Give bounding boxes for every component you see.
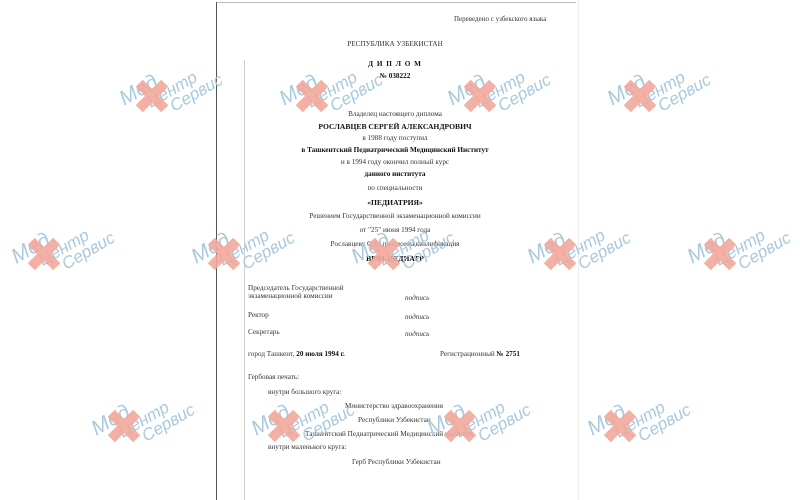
institute-ref: данного института	[250, 170, 540, 178]
issue-date: 20 июля 1994 г.	[296, 350, 345, 358]
seal-outer-label: внутри большого круга:	[268, 388, 341, 396]
city-date: город Ташкент, 20 июля 1994 г.	[248, 350, 345, 358]
page-fold-line	[244, 60, 245, 500]
signature-role-chair-2: экзаменационной комиссии	[248, 292, 333, 300]
svg-text:Мед: Мед	[603, 70, 650, 110]
diploma-number: № 038222	[250, 72, 540, 80]
seal-label: Гербовая печать:	[248, 373, 299, 381]
svg-text:Сервис: Сервис	[166, 70, 222, 116]
seal-inner-label: внутри маленького круга:	[268, 443, 347, 451]
specialty-label: по специальности	[250, 184, 540, 192]
signature-chair: подпись	[405, 294, 429, 302]
svg-text:Сервис: Сервис	[138, 400, 194, 446]
qualification-line: Рославцеву С.А. присвоена квалификация	[250, 240, 540, 248]
diploma-title: Д И П Л О М	[250, 60, 540, 68]
page-edge-top	[216, 2, 576, 3]
signature-role-chair: Председатель Государственной	[248, 284, 344, 292]
watermark-logo: Мед Центр Сервис	[112, 38, 222, 133]
svg-text:Центр: Центр	[115, 398, 172, 442]
svg-text:Сервис: Сервис	[734, 228, 790, 274]
registration: Регистрационный № 2751	[440, 350, 520, 358]
medcenter-logo-icon: Мед Центр Сервис	[112, 38, 222, 133]
svg-text:Мед: Мед	[87, 400, 134, 440]
enrolled-line: в 1988 году поступил	[250, 134, 540, 142]
seal-outer-line-2: Республики Узбекистан	[358, 416, 431, 424]
svg-text:Центр: Центр	[711, 226, 768, 270]
svg-text:Сервис: Сервис	[574, 228, 630, 274]
medcenter-logo-icon: Мед Центр Сервис	[4, 196, 114, 291]
decision-date: от "25" июня 1994 года	[250, 226, 540, 234]
institute-name: в Ташкентский Педиатрический Медицинский…	[250, 146, 540, 154]
seal-outer-line-3: Ташкентский Педиатрический Медицинский и…	[305, 430, 473, 438]
specialty-name: «ПЕДИАТРИЯ»	[250, 198, 540, 207]
city-label: город Ташкент,	[248, 350, 294, 358]
watermark-logo: Мед Центр Сервис	[580, 368, 690, 463]
qualification-name: ВРАЧ-ПЕДИАТР	[250, 254, 540, 263]
svg-text:Мед: Мед	[683, 228, 730, 268]
svg-text:Мед: Мед	[7, 228, 54, 268]
svg-text:Центр: Центр	[611, 398, 668, 442]
signature-role-secretary: Секретарь	[248, 328, 280, 336]
republic-heading: РЕСПУБЛИКА УЗБЕКИСТАН	[250, 40, 540, 48]
medcenter-logo-icon: Мед Центр Сервис	[580, 368, 690, 463]
svg-text:Центр: Центр	[631, 68, 688, 112]
owner-name: РОСЛАВЦЕВ СЕРГЕЙ АЛЕКСАНДРОВИЧ	[250, 122, 540, 131]
page-edge-left	[216, 2, 217, 500]
watermark-logo: Мед Центр Сервис	[600, 38, 710, 133]
signature-rector: подпись	[405, 313, 429, 321]
registration-label: Регистрационный	[440, 350, 495, 358]
seal-outer-line-1: Министерство здравоохранения	[345, 402, 443, 410]
owner-label: Владелец настоящего диплома	[250, 110, 540, 118]
svg-text:Сервис: Сервис	[654, 70, 710, 116]
svg-text:Центр: Центр	[143, 68, 200, 112]
svg-text:Сервис: Сервис	[58, 228, 114, 274]
svg-text:Центр: Центр	[35, 226, 92, 270]
commission-decision: Решением Государственной экзаменационной…	[250, 212, 540, 220]
seal-inner-line-1: Герб Республики Узбекистан	[352, 458, 441, 466]
signature-role-rector: Ректор	[248, 311, 269, 319]
watermark-logo: Мед Центр Сервис	[84, 368, 194, 463]
graduated-line: и в 1994 году окончил полный курс	[250, 158, 540, 166]
watermark-logo: Мед Центр Сервис	[4, 196, 114, 291]
medcenter-logo-icon: Мед Центр Сервис	[680, 196, 790, 291]
medcenter-logo-icon: Мед Центр Сервис	[600, 38, 710, 133]
signature-secretary: подпись	[405, 330, 429, 338]
svg-text:Мед: Мед	[583, 400, 630, 440]
watermark-logo: Мед Центр Сервис	[680, 196, 790, 291]
translation-note: Переведено с узбекского языка	[454, 15, 546, 23]
page-edge-right	[578, 0, 579, 500]
registration-number: № 2751	[497, 350, 520, 358]
medcenter-logo-icon: Мед Центр Сервис	[84, 368, 194, 463]
svg-text:Сервис: Сервис	[634, 400, 690, 446]
svg-text:Мед: Мед	[115, 70, 162, 110]
